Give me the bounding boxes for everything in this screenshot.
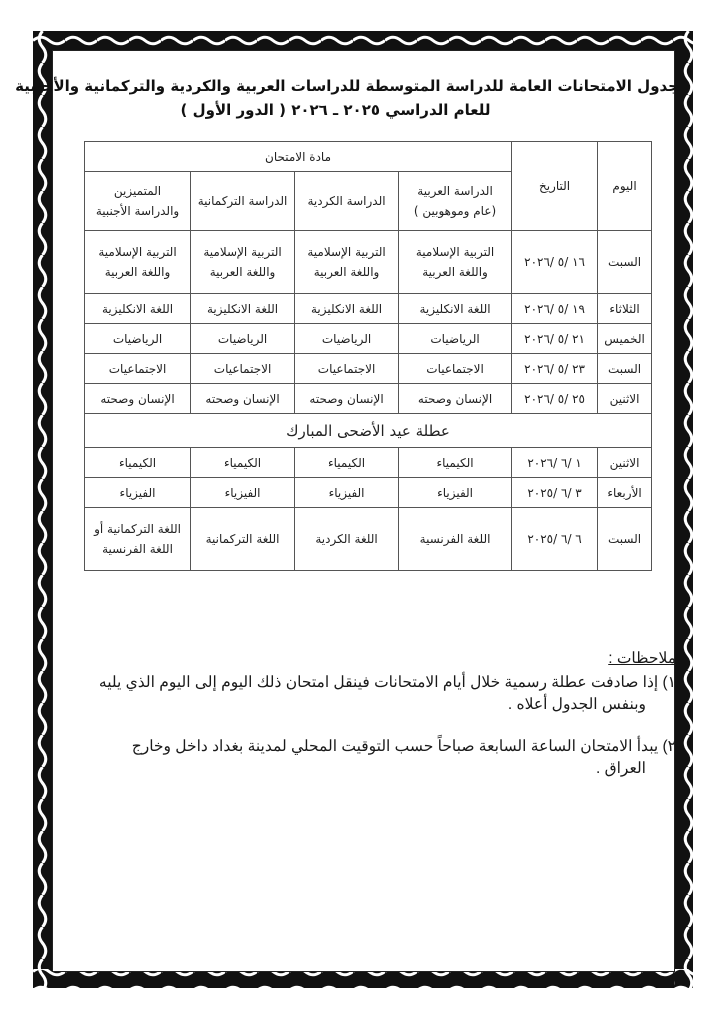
cell-day: الاثنين <box>598 384 652 414</box>
document-title: جدول الامتحانات العامة للدراسة المتوسطة … <box>62 74 679 122</box>
cell-kurdish: الكيمياء <box>295 448 399 478</box>
cell-turkmen: اللغة الانكليزية <box>191 294 295 324</box>
cell-turkmen: الرياضيات <box>191 324 295 354</box>
exam-schedule-table: اليوم التاريخ مادة الامتحان الدراسة العر… <box>84 141 652 571</box>
cell-date: ٢٣ /٥ /٢٠٢٦ <box>512 354 598 384</box>
cell-kurdish: الرياضيات <box>295 324 399 354</box>
cell-foreign: الإنسان وصحته <box>85 384 191 414</box>
cell-date: ١٩ /٥ /٢٠٢٦ <box>512 294 598 324</box>
cell-turkmen: التربية الإسلامية واللغة العربية <box>191 231 295 294</box>
cell-day: الخميس <box>598 324 652 354</box>
table-row: الاثنين ٢٥ /٥ /٢٠٢٦ الإنسان وصحته الإنسا… <box>85 384 652 414</box>
cell-kurdish: التربية الإسلامية واللغة العربية <box>295 231 399 294</box>
header-kurdish-study: الدراسة الكردية <box>295 172 399 231</box>
note-1-line-1: ١) إذا صادفت عطلة رسمية خلال أيام الامتح… <box>99 674 676 691</box>
cell-arabic: الاجتماعيات <box>399 354 512 384</box>
header-turkmen-study: الدراسة التركمانية <box>191 172 295 231</box>
note-1-line-2: وبنفس الجدول أعلاه . <box>62 694 676 716</box>
cell-day: الأربعاء <box>598 478 652 508</box>
cell-day: الاثنين <box>598 448 652 478</box>
cell-date: ٦ /٦ /٢٠٢٥ <box>512 508 598 571</box>
cell-arabic: الكيمياء <box>399 448 512 478</box>
cell-date: ١٦ /٥ /٢٠٢٦ <box>512 231 598 294</box>
cell-foreign: الرياضيات <box>85 324 191 354</box>
header-day: اليوم <box>598 142 652 231</box>
title-line-1: جدول الامتحانات العامة للدراسة المتوسطة … <box>62 74 679 98</box>
notes-heading: ملاحظات : <box>608 648 676 670</box>
holiday-label: عطلة عيد الأضحى المبارك <box>85 414 652 448</box>
table-row: الخميس ٢١ /٥ /٢٠٢٦ الرياضيات الرياضيات ا… <box>85 324 652 354</box>
cell-turkmen: الفيزياء <box>191 478 295 508</box>
table-row: السبت ٦ /٦ /٢٠٢٥ اللغة الفرنسية اللغة ال… <box>85 508 652 571</box>
header-row-1: اليوم التاريخ مادة الامتحان <box>85 142 652 172</box>
cell-arabic: اللغة الفرنسية <box>399 508 512 571</box>
table-row: السبت ٢٣ /٥ /٢٠٢٦ الاجتماعيات الاجتماعيا… <box>85 354 652 384</box>
notes-section: ملاحظات : ١) إذا صادفت عطلة رسمية خلال أ… <box>62 648 676 780</box>
cell-kurdish: الفيزياء <box>295 478 399 508</box>
header-exam-subject: مادة الامتحان <box>85 142 512 172</box>
cell-foreign: التربية الإسلامية واللغة العربية <box>85 231 191 294</box>
holiday-row: عطلة عيد الأضحى المبارك <box>85 414 652 448</box>
header-foreign-line1: المتميزين <box>114 184 161 198</box>
cell-foreign: اللغة التركمانية أو اللغة الفرنسية <box>85 508 191 571</box>
cell-day: السبت <box>598 231 652 294</box>
cell-date: ٣ /٦ /٢٠٢٥ <box>512 478 598 508</box>
table-row: السبت ١٦ /٥ /٢٠٢٦ التربية الإسلامية والل… <box>85 231 652 294</box>
cell-date: ٢٥ /٥ /٢٠٢٦ <box>512 384 598 414</box>
cell-kurdish: الإنسان وصحته <box>295 384 399 414</box>
header-foreign-line2: والدراسة الأجنبية <box>96 204 179 218</box>
cell-turkmen: اللغة التركمانية <box>191 508 295 571</box>
cell-day: الثلاثاء <box>598 294 652 324</box>
note-item: ١) إذا صادفت عطلة رسمية خلال أيام الامتح… <box>62 672 676 716</box>
note-2-line-2: العراق . <box>62 758 676 780</box>
cell-arabic: التربية الإسلامية واللغة العربية <box>399 231 512 294</box>
cell-foreign: الكيمياء <box>85 448 191 478</box>
cell-date: ١ /٦ /٢٠٢٦ <box>512 448 598 478</box>
cell-turkmen: الاجتماعيات <box>191 354 295 384</box>
header-arabic-line1: الدراسة العربية <box>417 184 493 198</box>
header-arabic-study: الدراسة العربية (عام وموهوبين ) <box>399 172 512 231</box>
cell-kurdish: اللغة الانكليزية <box>295 294 399 324</box>
cell-kurdish: اللغة الكردية <box>295 508 399 571</box>
cell-turkmen: الكيمياء <box>191 448 295 478</box>
cell-day: السبت <box>598 354 652 384</box>
table-row: الاثنين ١ /٦ /٢٠٢٦ الكيمياء الكيمياء الك… <box>85 448 652 478</box>
cell-foreign: اللغة الانكليزية <box>85 294 191 324</box>
table-row: الثلاثاء ١٩ /٥ /٢٠٢٦ اللغة الانكليزية ال… <box>85 294 652 324</box>
cell-arabic: الفيزياء <box>399 478 512 508</box>
cell-turkmen: الإنسان وصحته <box>191 384 295 414</box>
cell-date: ٢١ /٥ /٢٠٢٦ <box>512 324 598 354</box>
cell-arabic: الرياضيات <box>399 324 512 354</box>
cell-arabic: اللغة الانكليزية <box>399 294 512 324</box>
cell-day: السبت <box>598 508 652 571</box>
cell-foreign: الاجتماعيات <box>85 354 191 384</box>
header-arabic-line2: (عام وموهوبين ) <box>414 204 496 218</box>
cell-foreign: الفيزياء <box>85 478 191 508</box>
title-line-2: للعام الدراسي ٢٠٢٥ ـ ٢٠٢٦ ( الدور الأول … <box>62 98 609 122</box>
note-2-line-1: ٢) يبدأ الامتحان الساعة السابعة صباحاً ح… <box>132 738 676 755</box>
cell-arabic: الإنسان وصحته <box>399 384 512 414</box>
note-item: ٢) يبدأ الامتحان الساعة السابعة صباحاً ح… <box>62 736 676 780</box>
header-foreign-study: المتميزين والدراسة الأجنبية <box>85 172 191 231</box>
cell-kurdish: الاجتماعيات <box>295 354 399 384</box>
header-date: التاريخ <box>512 142 598 231</box>
table-row: الأربعاء ٣ /٦ /٢٠٢٥ الفيزياء الفيزياء ال… <box>85 478 652 508</box>
